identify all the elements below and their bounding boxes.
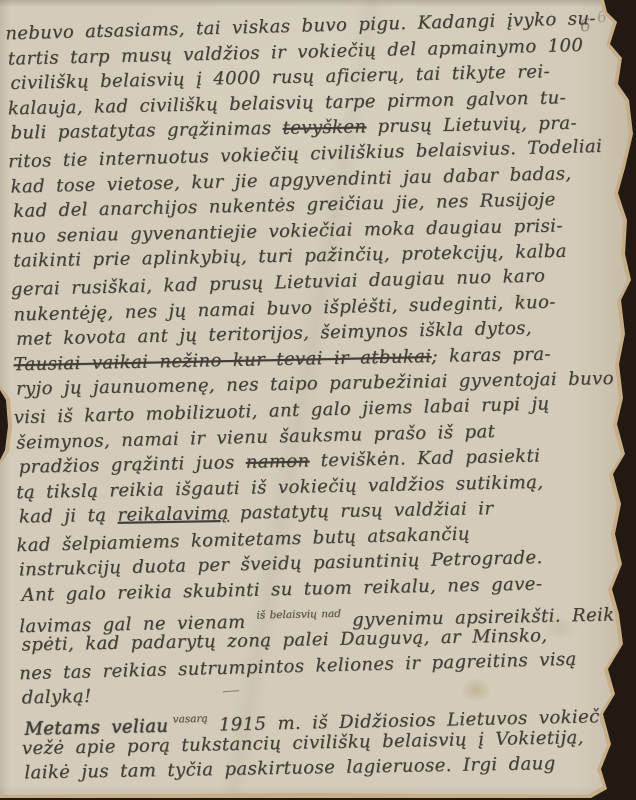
handwritten-text: prusų Lietuvių, pra- (366, 113, 577, 138)
handwritten-text: ; karas pra- (431, 343, 551, 366)
paper-sheet: 6 6 — nebuvo atsasiams, tai viskas buvo … (0, 0, 636, 800)
handwritten-text: buli pastatytas grąžinimas (10, 118, 282, 144)
manuscript-scan-page: 6 6 — nebuvo atsasiams, tai viskas buvo … (0, 0, 636, 800)
inserted-text: iš belaisvių nad (256, 608, 341, 622)
handwritten-text: dalyką! (22, 686, 92, 709)
handwritten-text: kad ji tą (19, 505, 118, 528)
manuscript-text: nebuvo atsasiams, tai viskas buvo pigu. … (7, 6, 636, 788)
inserted-text: vasarą (168, 713, 208, 726)
handwritten-text: pastatytų rusų valdžiai ir (229, 498, 494, 524)
struck-text: tevyšken (282, 117, 366, 139)
struck-text: namon (245, 451, 309, 473)
handwritten-text: reikalavimą (117, 503, 229, 526)
handwritten-text: teviškėn. Kad pasiekti (309, 446, 540, 472)
handwritten-text: pradžios grąžinti juos (19, 452, 246, 478)
